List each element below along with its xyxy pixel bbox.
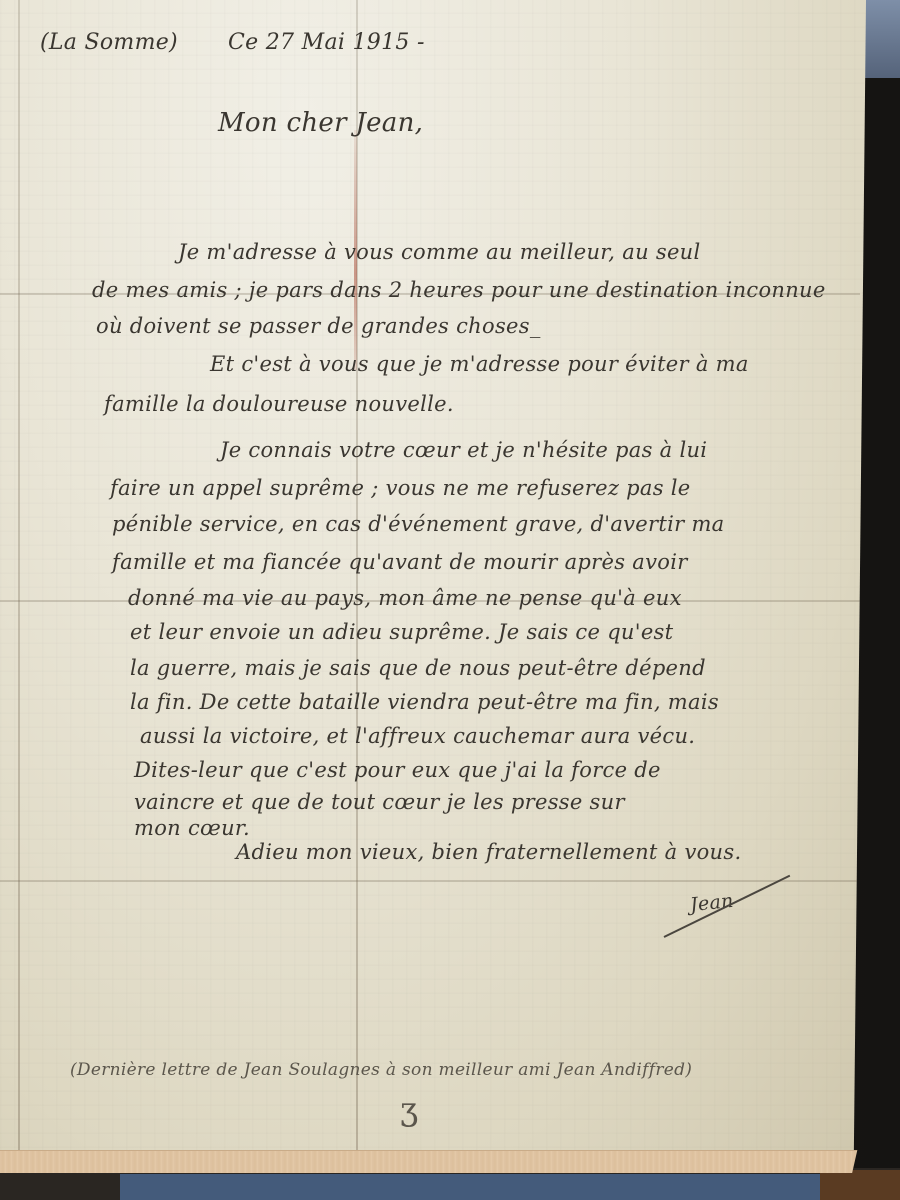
body-line: Dites-leur que c'est pour eux que j'ai l… (134, 758, 661, 782)
letter-date: Ce 27 Mai 1915 - (228, 30, 425, 55)
letter-place: (La Somme) (40, 30, 178, 55)
body-line: Je m'adresse à vous comme au meilleur, a… (178, 240, 701, 264)
letter-salutation: Mon cher Jean, (218, 108, 423, 138)
body-line: faire un appel suprême ; vous ne me refu… (110, 476, 691, 500)
photo-scene: (La Somme) Ce 27 Mai 1915 - Mon cher Jea… (0, 0, 900, 1200)
body-line: la fin. De cette bataille viendra peut-ê… (130, 690, 719, 714)
body-line: famille la douloureuse nouvelle. (104, 392, 454, 416)
body-line: vaincre et que de tout cœur je les press… (134, 790, 625, 814)
body-line: pénible service, en cas d'événement grav… (112, 512, 724, 536)
body-line: aussi la victoire, et l'affreux cauchema… (140, 724, 695, 748)
body-line: où doivent se passer de grandes choses_ (96, 314, 541, 338)
background-window (864, 0, 900, 78)
body-line: donné ma vie au pays, mon âme ne pense q… (128, 586, 682, 610)
body-line: et leur envoie un adieu suprême. Je sais… (130, 620, 673, 644)
body-line: la guerre, mais je sais que de nous peut… (130, 656, 706, 680)
fold-line (0, 880, 860, 882)
body-line: famille et ma fiancée qu'avant de mourir… (112, 550, 688, 574)
body-line: mon cœur. (134, 816, 250, 840)
letter-footnote: (Dernière lettre de Jean Soulagnes à son… (70, 1060, 692, 1080)
body-line: de mes amis ; je pars dans 2 heures pour… (92, 278, 826, 302)
background-wood (820, 1170, 900, 1200)
signature-flourish (664, 875, 791, 938)
fold-line (18, 0, 20, 1150)
letter-closing: Adieu mon vieux, bien fraternellement à … (236, 840, 741, 864)
letter-paper: (La Somme) Ce 27 Mai 1915 - Mon cher Jea… (0, 0, 866, 1150)
body-line: Et c'est à vous que je m'adresse pour év… (210, 352, 749, 376)
footnote-mark: ʒ (400, 1090, 418, 1128)
body-line: Je connais votre cœur et je n'hésite pas… (220, 438, 707, 462)
paper-bottom-edge (0, 1150, 866, 1173)
background-blue-cloth (120, 1174, 820, 1200)
